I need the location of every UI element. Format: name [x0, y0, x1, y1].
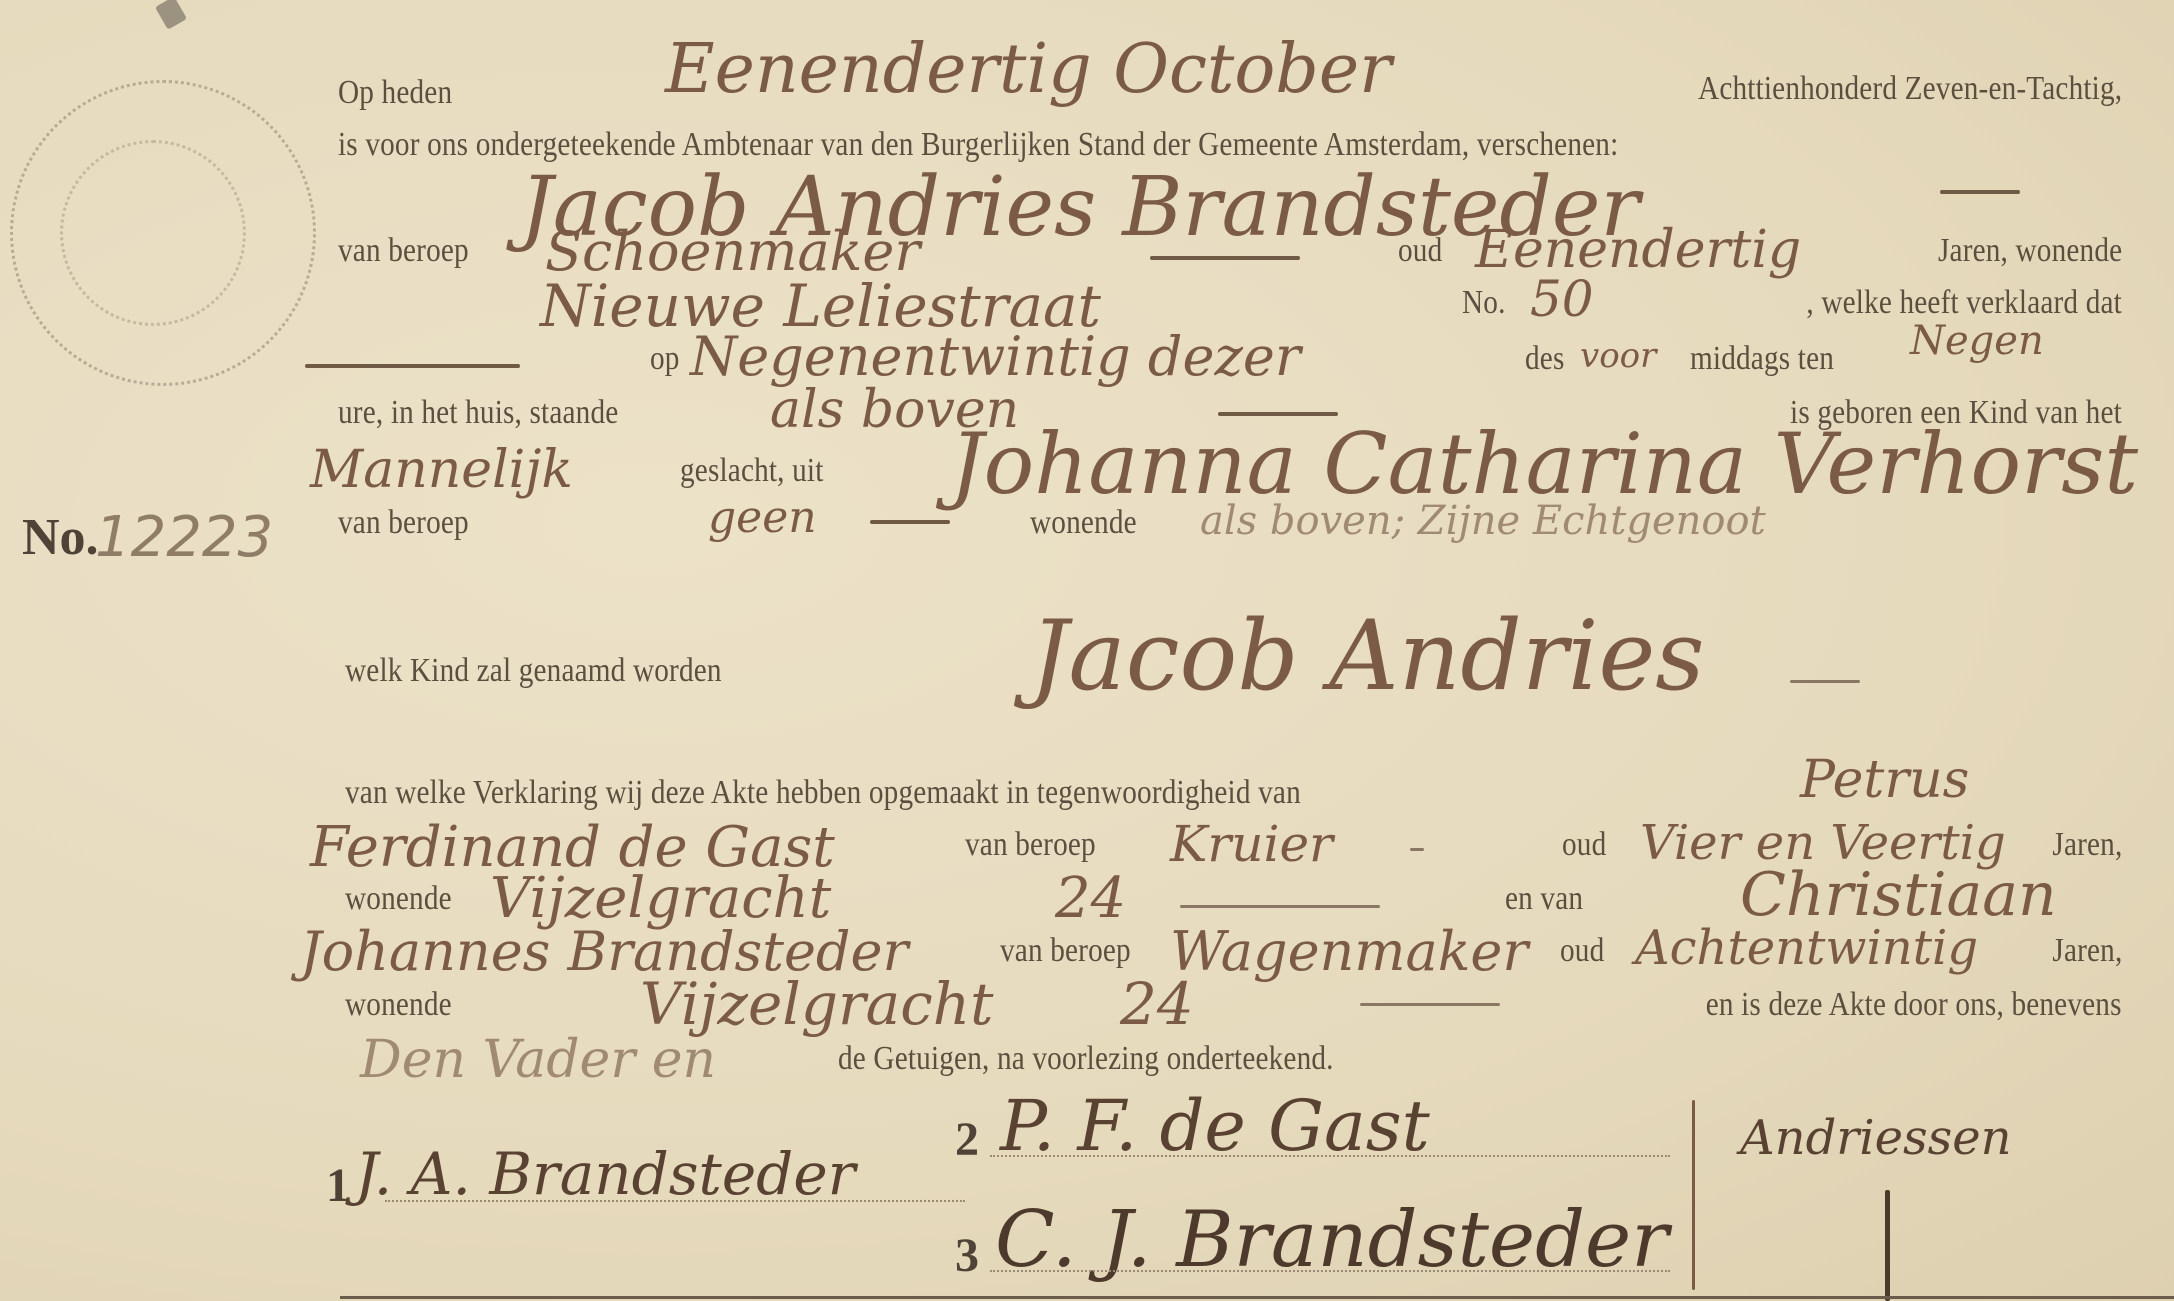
signature-line-1: [385, 1200, 965, 1202]
print-no: No.: [1462, 284, 1506, 322]
print-van-beroep: van beroep: [338, 232, 469, 270]
hand-witness1-first-name: Petrus: [1800, 750, 1969, 810]
print-wonende-w1: wonende: [345, 880, 452, 918]
hand-child-sex: Mannelijk: [310, 440, 573, 500]
signature-number-2: 2: [955, 1112, 979, 1167]
faded-seal-inner-ring: [60, 140, 246, 326]
print-jaren-w2: Jaren,: [2052, 932, 2122, 970]
print-op: op: [650, 340, 680, 378]
hand-mother-residence: als boven; Zijne Echtgenoot: [1200, 498, 1766, 544]
hand-birth-date: Negenentwintig dezer: [690, 325, 1301, 388]
hand-date: Eenendertig October: [665, 30, 1392, 109]
print-van-beroep-w2: van beroep: [1000, 932, 1131, 970]
fill-dash: [1940, 190, 2020, 194]
print-op-heden: Op heden: [338, 74, 452, 112]
print-geslacht-uit: geslacht, uit: [680, 452, 824, 490]
hand-witness2-residence: Vijzelgracht: [640, 970, 993, 1038]
print-oud-w2: oud: [1560, 932, 1604, 970]
print-oud: oud: [1398, 232, 1442, 270]
print-des: des: [1525, 340, 1565, 378]
print-en-is-deze-akte: en is deze Akte door ons, benevens: [1706, 986, 2122, 1024]
print-welk-kind: welk Kind zal genaamd worden: [345, 652, 722, 690]
birth-certificate-page: No. 12223 Op heden Eenendertig October A…: [0, 0, 2174, 1301]
print-wonende-w2: wonende: [345, 986, 452, 1024]
hand-signers-note: Den Vader en: [360, 1030, 716, 1090]
hand-child-name: Jacob Andries: [1030, 600, 1705, 712]
print-van-welke-verklaring: van welke Verklaring wij deze Akte hebbe…: [345, 774, 1301, 812]
registration-number-label: No.: [22, 508, 99, 567]
signature-line-3: [990, 1270, 1670, 1272]
fill-dash: [1150, 256, 1300, 260]
print-year: Achttienhonderd Zeven-en-Tachtig,: [1698, 70, 2122, 108]
fill-dash: [1410, 848, 1424, 851]
official-flourish-stroke: [1885, 1190, 1890, 1301]
fill-dash: [1360, 1003, 1500, 1006]
print-oud-w1: oud: [1562, 826, 1606, 864]
signature-number-3: 3: [955, 1228, 979, 1283]
print-wonende-mother: wonende: [1030, 504, 1137, 542]
print-official-line: is voor ons ondergeteekende Ambtenaar va…: [338, 126, 1618, 164]
print-van-beroep-mother: van beroep: [338, 504, 469, 542]
print-de-getuigen: de Getuigen, na voorlezing onderteekend.: [838, 1040, 1334, 1078]
hand-witness1-occupation: Kruier: [1170, 815, 1333, 873]
signature-bracket-stroke: [1692, 1100, 1695, 1290]
signature-number-1: 1: [326, 1158, 350, 1213]
print-ure-in-het-huis: ure, in het huis, staande: [338, 394, 618, 432]
registration-number: 12223: [95, 505, 273, 570]
hand-time-of-day: voor: [1580, 336, 1656, 376]
hand-witness2-age: Achtentwintig: [1635, 920, 1978, 976]
fill-dash: [1180, 905, 1380, 908]
signature-1: J. A. Brandsteder: [355, 1140, 855, 1208]
fill-dash: [870, 520, 950, 524]
print-van-beroep-w1: van beroep: [965, 826, 1096, 864]
signature-official: Andriessen: [1740, 1110, 2012, 1166]
hand-declarant-age: Eenendertig: [1475, 220, 1801, 280]
hand-witness2-occupation: Wagenmaker: [1170, 920, 1528, 983]
print-welke-heeft-verklaard: , welke heeft verklaard dat: [1806, 284, 2122, 322]
hand-witness1-house-number: 24: [1055, 866, 1126, 931]
fill-dash: [305, 364, 520, 368]
bottom-rule: [340, 1296, 2174, 1299]
print-jaren-w1: Jaren,: [2052, 826, 2122, 864]
print-middags-ten: middags ten: [1690, 340, 1834, 378]
fill-dash: [1790, 680, 1860, 683]
hand-mother-occupation: geen: [708, 492, 817, 543]
hand-house-number: 50: [1530, 270, 1594, 328]
print-jaren-wonende: Jaren, wonende: [1938, 232, 2122, 270]
signature-line-2: [990, 1155, 1670, 1157]
print-en-van: en van: [1505, 880, 1583, 918]
hand-witness2-house-number: 24: [1120, 970, 1194, 1038]
hand-birth-hour: Negen: [1910, 318, 2044, 364]
ink-blot: [155, 0, 187, 30]
